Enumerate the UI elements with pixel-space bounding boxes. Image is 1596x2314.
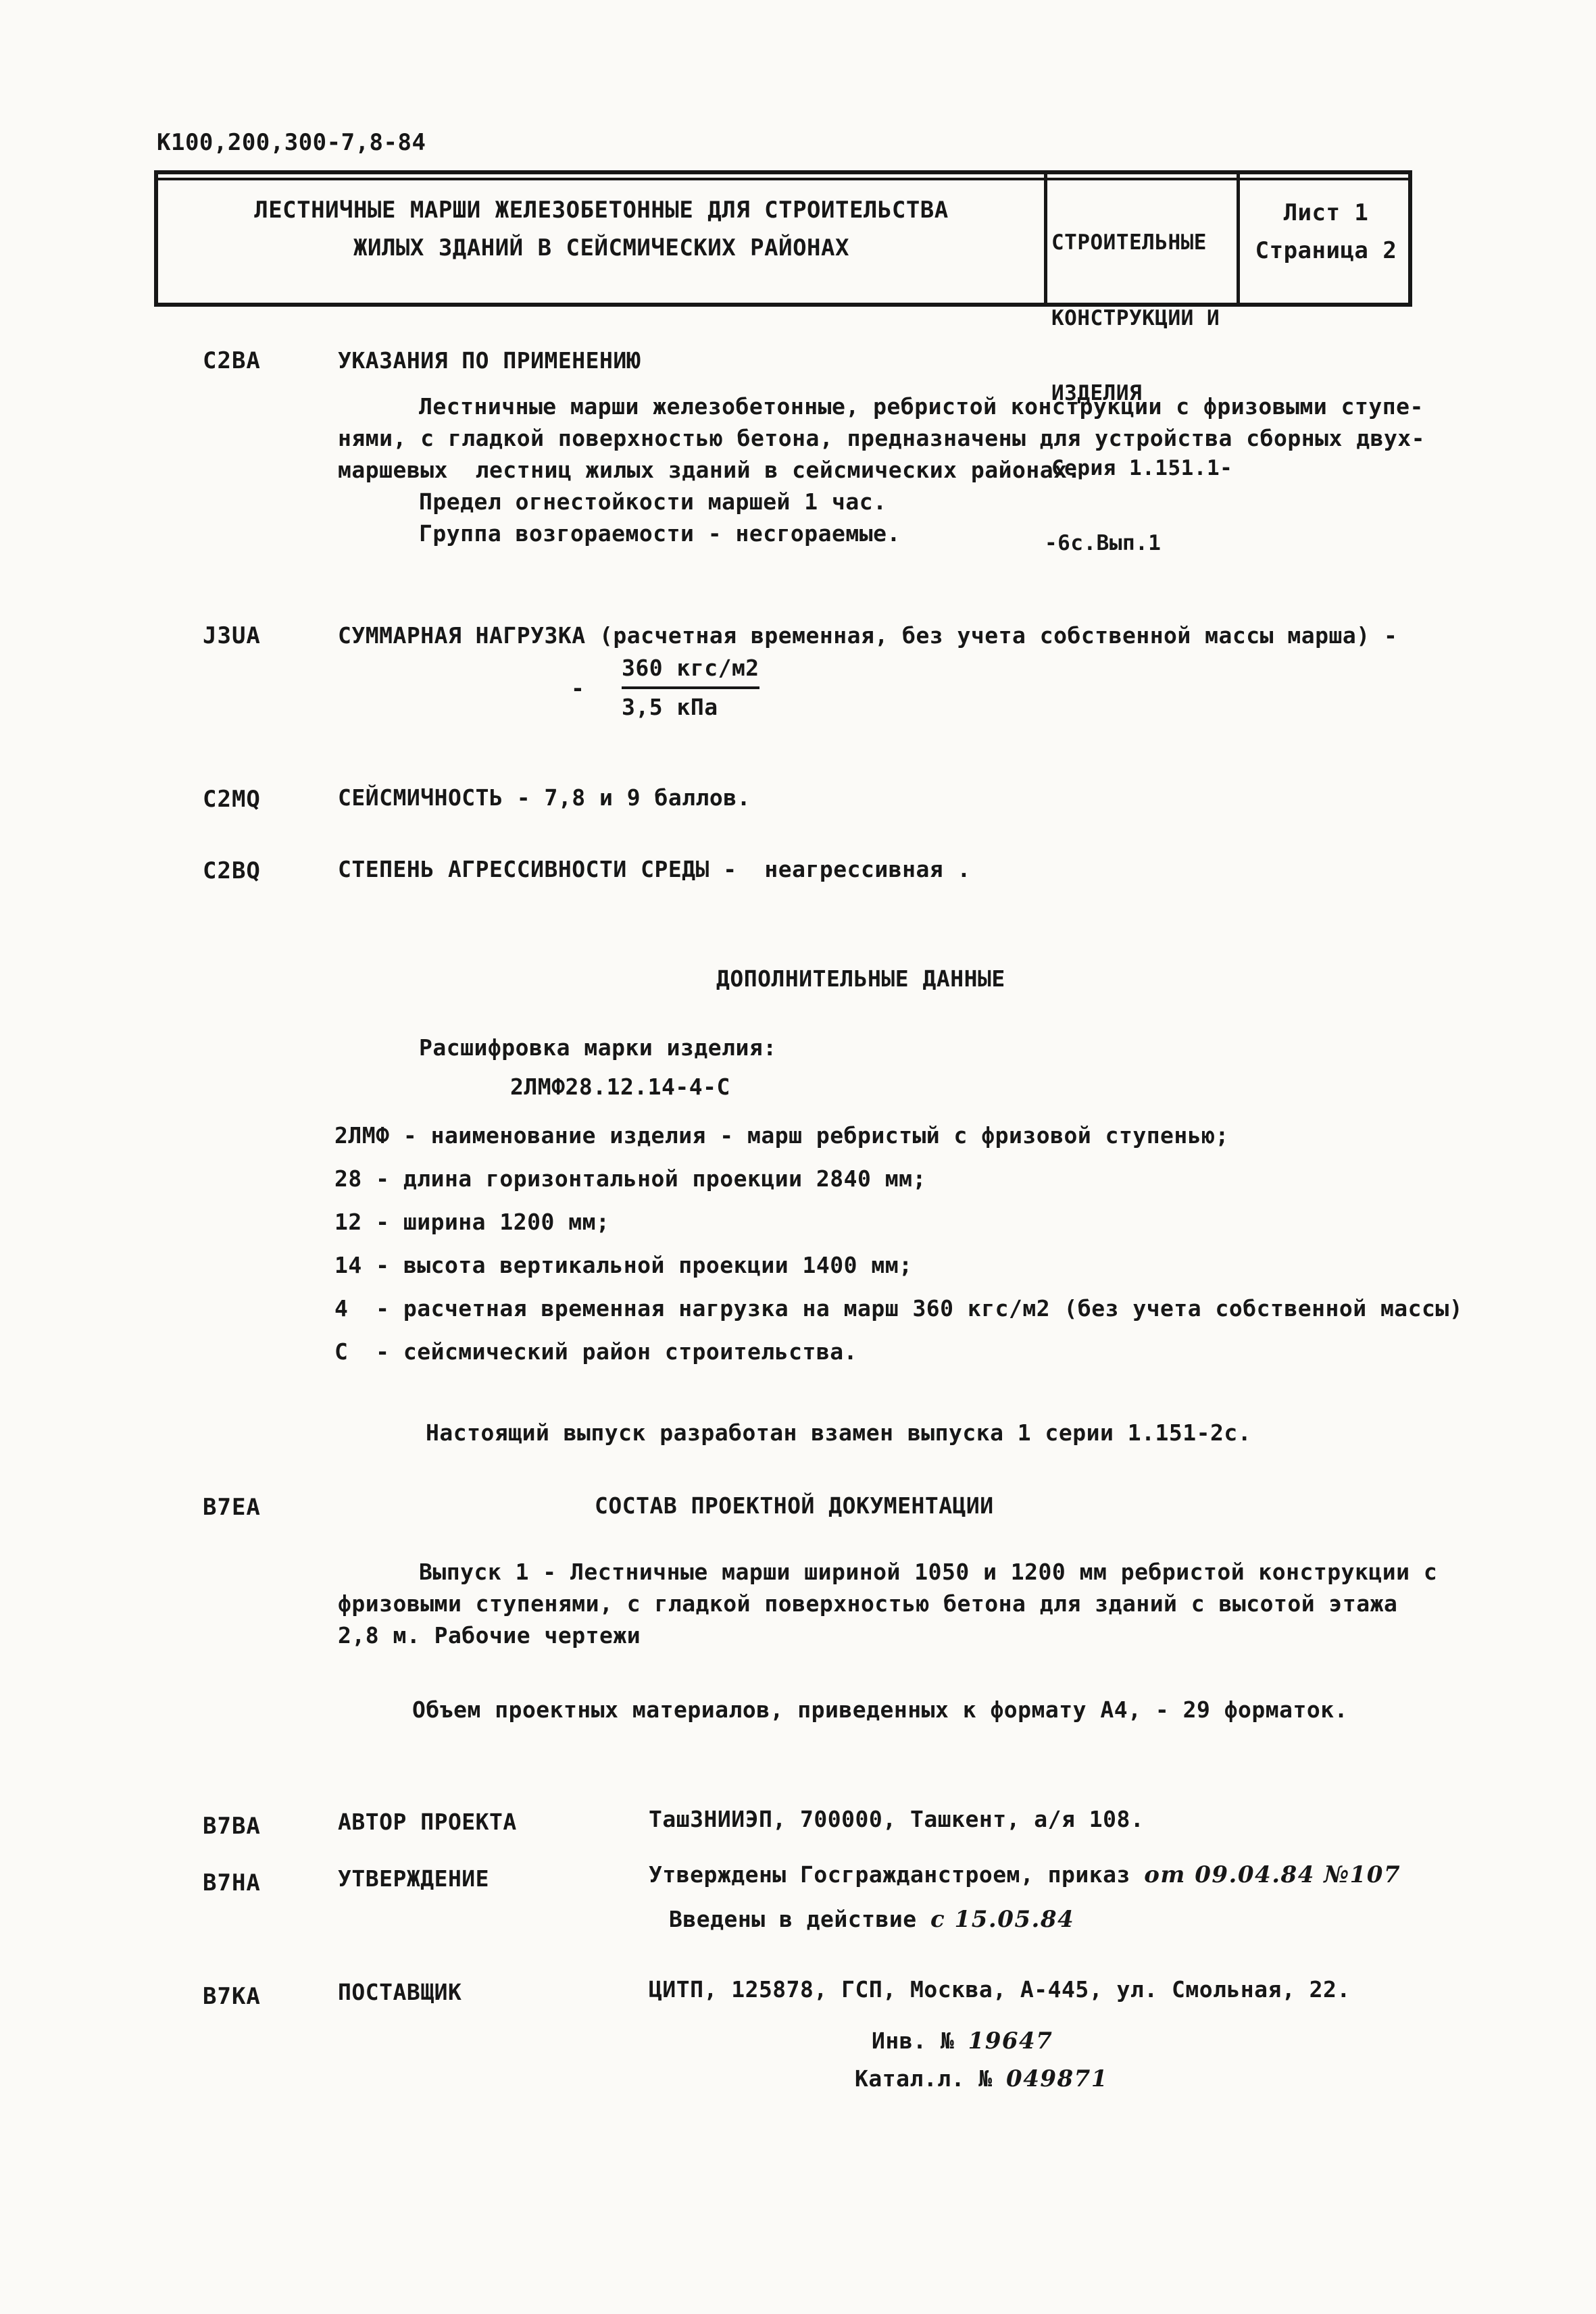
usage-paragraph-line: маршевых лестниц жилых зданий в сейсмиче… <box>338 457 1081 483</box>
supplier-label: ПОСТАВЩИК <box>338 1980 462 2005</box>
load-fraction-denominator: 3,5 кПа <box>622 695 718 720</box>
header-box-inner-rule <box>158 178 1408 180</box>
section-code-usage: С2ВА <box>203 348 261 374</box>
usage-paragraph-line: Лестничные марши железобетонные, ребрист… <box>419 394 1424 420</box>
header-category-line: СТРОИТЕЛЬНЫЕ <box>1051 229 1232 256</box>
approval-value: Утверждены Госгражданстроем, приказ от 0… <box>649 1862 1401 1888</box>
author-value: ТашЗНИИЭП, 700000, Ташкент, а/я 108. <box>649 1807 1144 1832</box>
replacement-note: Настоящий выпуск разработан взамен выпус… <box>426 1420 1251 1446</box>
section-heading-usage: УКАЗАНИЯ ПО ПРИМЕНЕНИЮ <box>338 348 641 374</box>
section-code-supplier: В7КА <box>203 1984 261 2010</box>
inventory-value-handwritten: 19647 <box>968 2028 1053 2055</box>
header-divider-2 <box>1237 174 1240 303</box>
approval-effective-typed: Введены в действие <box>669 1906 930 1932</box>
mark-item: 2ЛМФ - наименование изделия - марш ребри… <box>334 1123 1229 1149</box>
additional-data-heading: ДОПОЛНИТЕЛЬНЫЕ ДАННЫЕ <box>716 966 1005 992</box>
approval-effective-date-handwritten: с 15.05.84 <box>930 1906 1074 1933</box>
header-title-line2: ЖИЛЫХ ЗДАНИЙ В СЕЙСМИЧЕСКИХ РАЙОНАХ <box>169 235 1034 261</box>
volume-note: Объем проектных материалов, приведенных … <box>412 1697 1348 1723</box>
mark-item: 28 - длина горизонтальной проекции 2840 … <box>334 1166 926 1192</box>
mark-item: С - сейсмический район строительства. <box>334 1339 857 1365</box>
section-code-load: J3UA <box>203 623 261 649</box>
mark-item: 14 - высота вертикальной проекции 1400 м… <box>334 1253 912 1278</box>
catalog-number: Катал.л. № 049871 <box>855 2066 1108 2092</box>
section-code-author: В7ВА <box>203 1813 261 1840</box>
aggressiveness-text: СТЕПЕНЬ АГРЕССИВНОСТИ СРЕДЫ - неагрессив… <box>338 857 971 882</box>
usage-fire-resistance-line: Предел огнестойкости маршей 1 час. <box>419 489 887 515</box>
header-page-label: Страница 2 <box>1243 238 1409 264</box>
mark-item: 4 - расчетная временная нагрузка на марш… <box>334 1296 1463 1322</box>
section-code-aggressiveness: С2ВQ <box>203 858 261 884</box>
usage-paragraph-line: нями, с гладкой поверхностью бетона, пре… <box>338 426 1425 451</box>
seismicity-text: СЕЙСМИЧНОСТЬ - 7,8 и 9 баллов. <box>338 785 751 811</box>
header-divider-1 <box>1044 174 1047 303</box>
composition-line: Выпуск 1 - Лестничные марши шириной 1050… <box>419 1559 1437 1585</box>
author-label: АВТОР ПРОЕКТА <box>338 1809 517 1835</box>
composition-line: фризовыми ступенями, с гладкой поверхнос… <box>338 1591 1397 1617</box>
mark-decoding-intro: Расшифровка марки изделия: <box>419 1035 777 1061</box>
product-mark: 2ЛМФ28.12.14-4-С <box>510 1074 730 1100</box>
header-sheet-label: Лист 1 <box>1243 200 1409 226</box>
section-code-composition: В7ЕА <box>203 1494 261 1521</box>
catalog-value-handwritten: 049871 <box>1006 2065 1108 2092</box>
load-fraction-dash: - <box>571 676 584 701</box>
inventory-number: Инв. № 19647 <box>872 2028 1053 2055</box>
composition-line: 2,8 м. Рабочие чертежи <box>338 1623 641 1649</box>
section-heading-load: СУММАРНАЯ НАГРУЗКА (расчетная временная,… <box>338 623 1397 649</box>
approval-date-handwritten: от 09.04.84 №107 <box>1144 1861 1401 1888</box>
supplier-value: ЦИТП, 125878, ГСП, Москва, А-445, ул. См… <box>649 1977 1351 2003</box>
doc-code: К100,200,300-7,8-84 <box>157 130 426 156</box>
approval-value-typed: Утверждены Госгражданстроем, приказ <box>649 1861 1144 1888</box>
inventory-label: Инв. № <box>872 2028 968 2054</box>
usage-flammability-line: Группа возгораемости - несгораемые. <box>419 521 901 547</box>
approval-label: УТВЕРЖДЕНИЕ <box>338 1866 489 1892</box>
document-page: К100,200,300-7,8-84 ЛЕСТНИЧНЫЕ МАРШИ ЖЕЛ… <box>0 0 1596 2314</box>
load-fraction-numerator: 360 кгс/м2 <box>622 655 759 689</box>
section-code-approval: В7НА <box>203 1870 261 1896</box>
header-series-line: -6с.Вып.1 <box>1045 530 1232 557</box>
section-code-seismicity: С2МQ <box>203 786 261 813</box>
approval-effective-line: Введены в действие с 15.05.84 <box>669 1907 1074 1933</box>
header-category-line: КОНСТРУКЦИИ И <box>1051 305 1232 332</box>
composition-heading: СОСТАВ ПРОЕКТНОЙ ДОКУМЕНТАЦИИ <box>595 1493 994 1519</box>
catalog-label: Катал.л. № <box>855 2065 1006 2092</box>
mark-item: 12 - ширина 1200 мм; <box>334 1209 609 1235</box>
header-title-line1: ЛЕСТНИЧНЫЕ МАРШИ ЖЕЛЕЗОБЕТОННЫЕ ДЛЯ СТРО… <box>169 197 1034 224</box>
